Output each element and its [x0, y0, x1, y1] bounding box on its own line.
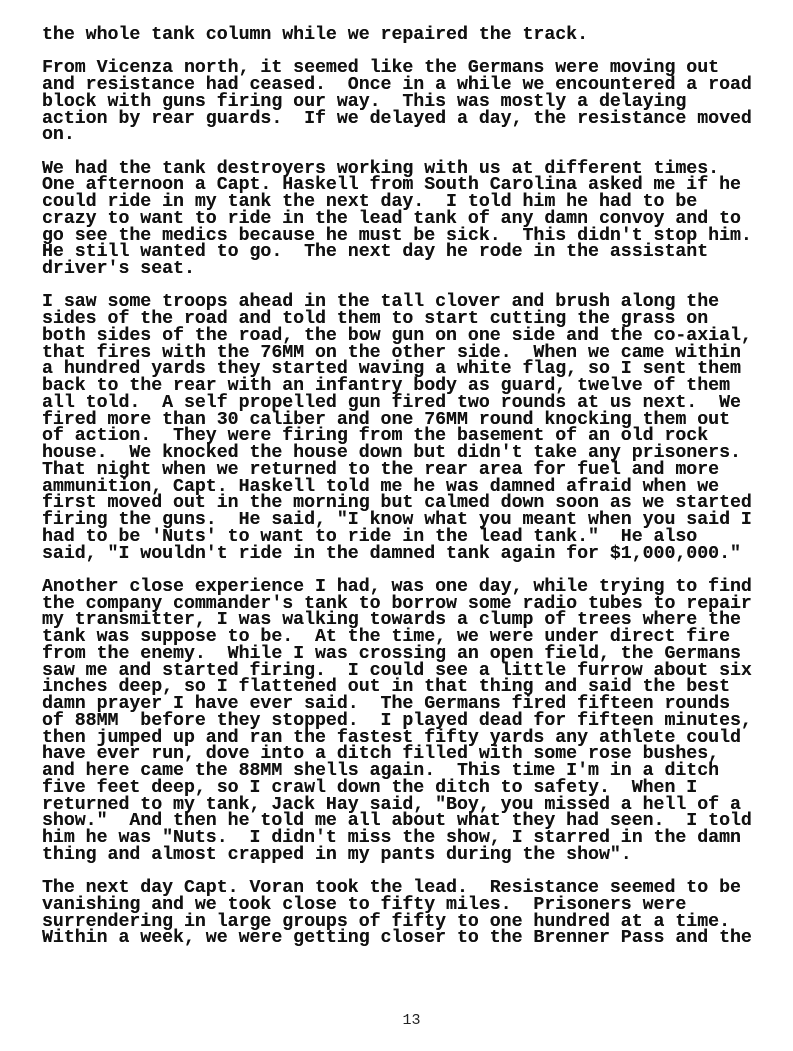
text-line: crazy to want to ride in the lead tank o…: [42, 211, 742, 228]
text-line: both sides of the road, the bow gun on o…: [42, 328, 742, 345]
text-line: said, "I wouldn't ride in the damned tan…: [42, 546, 742, 563]
text-line: That night when we returned to the rear …: [42, 462, 742, 479]
paragraph-5: Another close experience I had, was one …: [42, 579, 742, 864]
page-number: 13: [0, 1012, 793, 1029]
paragraph-6: The next day Capt. Voran took the lead. …: [42, 880, 742, 947]
paragraph-4: I saw some troops ahead in the tall clov…: [42, 294, 742, 562]
text-line: driver's seat.: [42, 261, 742, 278]
text-line: action by rear guards. If we delayed a d…: [42, 111, 742, 128]
text-line: block with guns firing our way. This was…: [42, 94, 742, 111]
text-line: five feet deep, so I crawl down the ditc…: [42, 780, 742, 797]
text-line: had to be 'Nuts' to want to ride in the …: [42, 529, 742, 546]
document-body: the whole tank column while we repaired …: [42, 27, 742, 964]
text-line: all told. A self propelled gun fired two…: [42, 395, 742, 412]
text-line: the whole tank column while we repaired …: [42, 27, 742, 44]
text-line: Within a week, we were getting closer to…: [42, 930, 742, 947]
text-line: from the enemy. While I was crossing an …: [42, 646, 742, 663]
text-line: Another close experience I had, was one …: [42, 579, 742, 596]
text-line: thing and almost crapped in my pants dur…: [42, 847, 742, 864]
text-line: vanishing and we took close to fifty mil…: [42, 897, 742, 914]
text-line: on.: [42, 127, 742, 144]
paragraph-3: We had the tank destroyers working with …: [42, 161, 742, 278]
text-line: of 88MM before they stopped. I played de…: [42, 713, 742, 730]
paragraph-1: the whole tank column while we repaired …: [42, 27, 742, 44]
paragraph-2: From Vicenza north, it seemed like the G…: [42, 60, 742, 144]
